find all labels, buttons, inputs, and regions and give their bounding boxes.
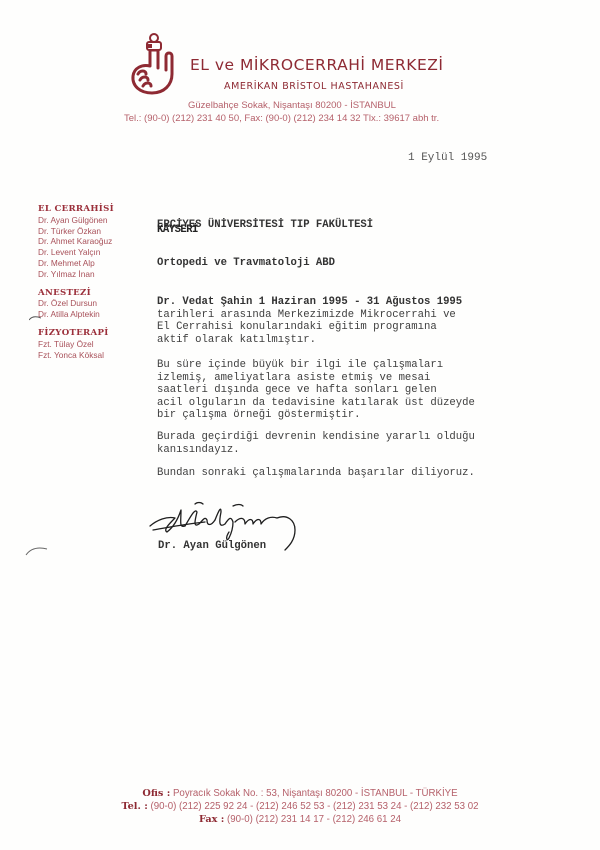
staff-item: Dr. Yılmaz İnan bbox=[38, 269, 114, 280]
body-paragraph: Bu süre içinde büyük bir ilgi ile çalışm… bbox=[157, 359, 475, 422]
recipient-line: Ortopedi ve Travmatoloji ABD bbox=[157, 257, 373, 270]
staff-group-physiotherapy: FİZYOTERAPİ Fzt. Tülay Özel Fzt. Yonca K… bbox=[38, 328, 114, 360]
group-heading: FİZYOTERAPİ bbox=[38, 328, 114, 339]
group-heading: EL CERRAHİSİ bbox=[38, 204, 114, 215]
body-paragraph: Bundan sonraki çalışmalarında başarılar … bbox=[157, 467, 475, 480]
staff-item: Dr. Özel Dursun bbox=[38, 298, 114, 309]
signer-name: Dr. Ayan Gülgönen bbox=[158, 540, 266, 552]
recipient-city: KAYSERİ bbox=[157, 224, 198, 236]
body-paragraph: Burada geçirdiği devrenin kendisine yara… bbox=[157, 431, 475, 456]
letterhead-address: Güzelbahçe Sokak, Nişantaşı 80200 - İSTA… bbox=[188, 100, 396, 111]
hospital-name: AMERİKAN BRİSTOL HASTAHANESİ bbox=[224, 81, 404, 92]
staff-item: Dr. Levent Yalçın bbox=[38, 247, 114, 258]
letter-page: EL ve MİKROCERRAHİ MERKEZİ AMERİKAN BRİS… bbox=[0, 0, 600, 850]
staff-item: Dr. Türker Özkan bbox=[38, 226, 114, 237]
trainee-name: Dr. Vedat Şahin bbox=[157, 296, 252, 308]
letterhead-contact: Tel.: (90-0) (212) 231 40 50, Fax: (90-0… bbox=[124, 113, 439, 124]
pen-stroke-mark-icon bbox=[29, 315, 41, 321]
footer-tel: Tel. : (90-0) (212) 225 92 24 - (212) 24… bbox=[0, 801, 600, 812]
footer-fax: Fax : (90-0) (212) 231 14 17 - (212) 246… bbox=[0, 814, 600, 825]
body-paragraph: Dr. Vedat Şahin 1 Haziran 1995 - 31 Ağus… bbox=[157, 296, 462, 346]
staff-group-hand-surgery: EL CERRAHİSİ Dr. Ayan Gülgönen Dr. Türke… bbox=[38, 204, 114, 280]
org-name: EL ve MİKROCERRAHİ MERKEZİ bbox=[190, 56, 443, 74]
staff-item: Dr. Mehmet Alp bbox=[38, 258, 114, 269]
staff-group-anesthesia: ANESTEZİ Dr. Özel Dursun Dr. Atilla Alpt… bbox=[38, 288, 114, 320]
staff-sidebar: EL CERRAHİSİ Dr. Ayan Gülgönen Dr. Türke… bbox=[38, 204, 114, 368]
group-heading: ANESTEZİ bbox=[38, 288, 114, 299]
footer-office: Ofis : Poyracık Sokak No. : 53, Nişantaş… bbox=[0, 788, 600, 799]
staff-item: Dr. Ayan Gülgönen bbox=[38, 215, 114, 226]
recipient-block: ERCİYES ÜNİVERSİTESİ TIP FAKÜLTESİ Ortop… bbox=[157, 194, 373, 294]
staff-item: Dr. Ahmet Karaoğuz bbox=[38, 236, 114, 247]
pen-stroke-mark-icon bbox=[25, 546, 49, 556]
hand-finger-logo-icon bbox=[128, 30, 180, 96]
staff-item: Fzt. Yonca Köksal bbox=[38, 350, 114, 361]
staff-item: Dr. Atilla Alptekin bbox=[38, 309, 114, 320]
staff-item: Fzt. Tülay Özel bbox=[38, 339, 114, 350]
letter-date: 1 Eylül 1995 bbox=[408, 152, 487, 164]
